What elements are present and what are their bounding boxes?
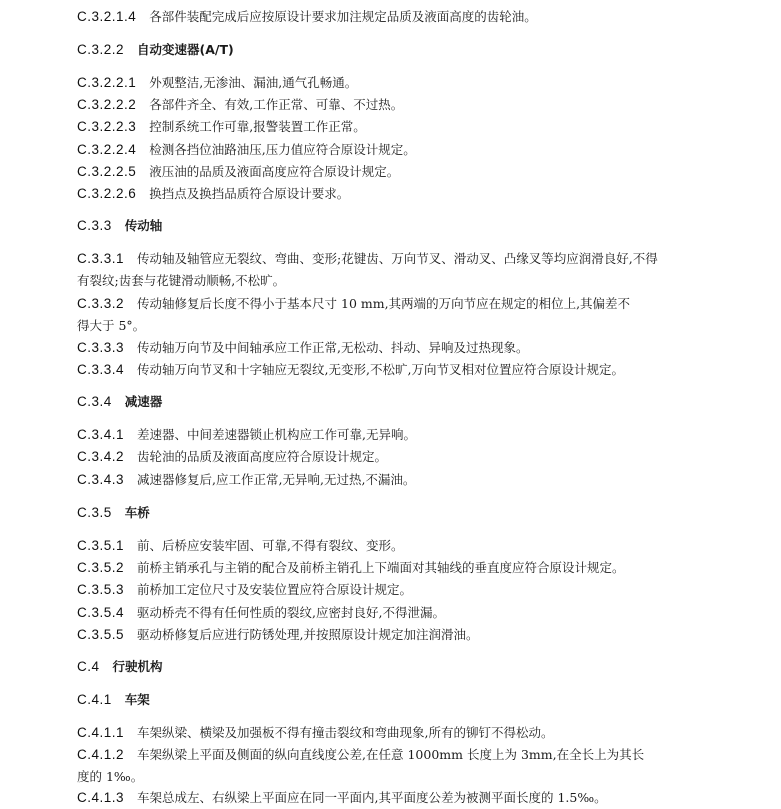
- clause-number: C.3.3.2: [77, 296, 124, 311]
- clause-c411: C.4.1.1车架纵梁、横梁及加强板不得有撞击裂纹和弯曲现象,所有的铆钉不得松动…: [77, 722, 763, 745]
- clause-text: 各部件齐全、有效,工作正常、可靠、不过热。: [149, 97, 403, 112]
- clause-text-continued: 有裂纹;齿套与花键滑动顺畅,不松旷。: [77, 273, 285, 288]
- clause-number: C.3.3.3: [77, 340, 124, 355]
- clause-number: C.3.2.1.4: [77, 9, 136, 24]
- clause-c412: C.4.1.2车架纵梁上平面及侧面的纵向直线度公差,在任意 1000mm 长度上…: [77, 744, 763, 767]
- clause-text: 差速器、中间差速器锁止机构应工作可靠,无异响。: [137, 427, 416, 442]
- clause-text: 液压油的品质及液面高度应符合原设计规定。: [149, 164, 399, 179]
- clause-text: 控制系统工作可靠,报警装置工作正常。: [149, 119, 365, 134]
- heading-text: 车桥: [125, 505, 150, 520]
- clause-text: 各部件装配完成后应按原设计要求加注规定品质及液面高度的齿轮油。: [149, 9, 537, 24]
- heading-text: 行驶机构: [113, 659, 163, 674]
- clause-text: 减速器修复后,应工作正常,无异响,无过热,不漏油。: [137, 472, 415, 487]
- clause-c331-continued: 有裂纹;齿套与花键滑动顺畅,不松旷。: [77, 270, 763, 293]
- heading-text: 传动轴: [125, 218, 163, 233]
- clause-number: C.3.2.2.6: [77, 186, 136, 201]
- clause-number: C.3.2.2.5: [77, 164, 136, 179]
- heading-text: 减速器: [125, 394, 163, 409]
- clause-c334: C.3.3.4传动轴万向节叉和十字轴应无裂纹,无变形,不松旷,万向节叉相对位置应…: [77, 359, 763, 382]
- clause-number: C.3.2.2.2: [77, 97, 136, 112]
- clause-c3221: C.3.2.2.1外观整洁,无渗油、漏油,通气孔畅通。: [77, 72, 763, 95]
- clause-c3225: C.3.2.2.5液压油的品质及液面高度应符合原设计规定。: [77, 161, 763, 184]
- clause-c354: C.3.5.4驱动桥壳不得有任何性质的裂纹,应密封良好,不得泄漏。: [77, 602, 763, 625]
- heading-text: 自动变速器(A/T): [137, 42, 234, 57]
- heading-c4: C.4行驶机构: [77, 656, 763, 679]
- clause-text: 传动轴万向节叉和十字轴应无裂纹,无变形,不松旷,万向节叉相对位置应符合原设计规定…: [137, 362, 624, 377]
- clause-number: C.3.5.2: [77, 560, 124, 575]
- heading-number: C.4.1: [77, 692, 112, 707]
- clause-number: C.3.4.3: [77, 472, 124, 487]
- clause-text: 驱动桥修复后应进行防锈处理,并按照原设计规定加注润滑油。: [137, 627, 478, 642]
- clause-text: 车架纵梁上平面及侧面的纵向直线度公差,在任意 1000mm 长度上为 3mm,在…: [137, 747, 644, 762]
- heading-c33: C.3.3传动轴: [77, 215, 763, 238]
- clause-text: 前、后桥应安装牢固、可靠,不得有裂纹、变形。: [137, 538, 403, 553]
- clause-text: 传动轴修复后长度不得小于基本尺寸 10 mm,其两端的万向节应在规定的相位上,其…: [137, 296, 630, 311]
- clause-number: C.3.2.2.1: [77, 75, 136, 90]
- clause-number: C.4.1.2: [77, 747, 124, 762]
- clause-text: 传动轴及轴管应无裂纹、弯曲、变形;花键齿、万向节叉、滑动叉、凸缘叉等均应润滑良好…: [137, 251, 658, 266]
- clause-c413: C.4.1.3车架总成左、右纵梁上平面应在同一平面内,其平面度公差为被测平面长度…: [77, 787, 763, 809]
- clause-c3223: C.3.2.2.3控制系统工作可靠,报警装置工作正常。: [77, 116, 763, 139]
- clause-number: C.3.5.5: [77, 627, 124, 642]
- clause-c352: C.3.5.2前桥主销承孔与主销的配合及前桥主销孔上下端面对其轴线的垂直度应符合…: [77, 557, 763, 580]
- clause-c353: C.3.5.3前桥加工定位尺寸及安装位置应符合原设计规定。: [77, 579, 763, 602]
- clause-text: 前桥主销承孔与主销的配合及前桥主销孔上下端面对其轴线的垂直度应符合原设计规定。: [137, 560, 625, 575]
- clause-number: C.3.2.2.4: [77, 142, 136, 157]
- heading-c41: C.4.1车架: [77, 689, 763, 712]
- heading-text: 车架: [125, 692, 150, 707]
- clause-text: 前桥加工定位尺寸及安装位置应符合原设计规定。: [137, 582, 412, 597]
- clause-number: C.4.1.1: [77, 725, 124, 740]
- heading-number: C.3.4: [77, 394, 112, 409]
- clause-text: 驱动桥壳不得有任何性质的裂纹,应密封良好,不得泄漏。: [137, 605, 445, 620]
- heading-c34: C.3.4减速器: [77, 391, 763, 414]
- clause-c333: C.3.3.3传动轴万向节及中间轴承应工作正常,无松动、抖动、异响及过热现象。: [77, 337, 763, 360]
- clause-number: C.3.4.1: [77, 427, 124, 442]
- clause-text: 传动轴万向节及中间轴承应工作正常,无松动、抖动、异响及过热现象。: [137, 340, 528, 355]
- clause-text: 齿轮油的品质及液面高度应符合原设计规定。: [137, 449, 387, 464]
- clause-text: 车架纵梁、横梁及加强板不得有撞击裂纹和弯曲现象,所有的铆钉不得松动。: [137, 725, 553, 740]
- clause-text: 外观整洁,无渗油、漏油,通气孔畅通。: [149, 75, 357, 90]
- clause-c332-continued: 得大于 5°。: [77, 315, 763, 338]
- clause-number: C.3.3.1: [77, 251, 124, 266]
- clause-c351: C.3.5.1前、后桥应安装牢固、可靠,不得有裂纹、变形。: [77, 535, 763, 558]
- clause-c3214: C.3.2.1.4各部件装配完成后应按原设计要求加注规定品质及液面高度的齿轮油。: [77, 6, 763, 29]
- clause-c332: C.3.3.2传动轴修复后长度不得小于基本尺寸 10 mm,其两端的万向节应在规…: [77, 293, 763, 316]
- clause-number: C.3.5.3: [77, 582, 124, 597]
- clause-text: 检测各挡位油路油压,压力值应符合原设计规定。: [149, 142, 415, 157]
- clause-c3222: C.3.2.2.2各部件齐全、有效,工作正常、可靠、不过热。: [77, 94, 763, 117]
- heading-number: C.3.3: [77, 218, 112, 233]
- clause-number: C.3.5.1: [77, 538, 124, 553]
- heading-c35: C.3.5车桥: [77, 502, 763, 525]
- clause-number: C.3.3.4: [77, 362, 124, 377]
- clause-text-continued: 度的 1‰。: [77, 769, 143, 784]
- clause-c342: C.3.4.2齿轮油的品质及液面高度应符合原设计规定。: [77, 446, 763, 469]
- clause-text: 车架总成左、右纵梁上平面应在同一平面内,其平面度公差为被测平面长度的 1.5‰。: [137, 790, 607, 805]
- heading-number: C.3.2.2: [77, 42, 124, 57]
- clause-c3226: C.3.2.2.6换挡点及换挡品质符合原设计要求。: [77, 183, 763, 206]
- heading-c322: C.3.2.2自动变速器(A/T): [77, 39, 763, 62]
- clause-c355: C.3.5.5驱动桥修复后应进行防锈处理,并按照原设计规定加注润滑油。: [77, 624, 763, 647]
- clause-c412-continued: 度的 1‰。: [77, 766, 763, 789]
- clause-number: C.3.2.2.3: [77, 119, 136, 134]
- clause-c343: C.3.4.3减速器修复后,应工作正常,无异响,无过热,不漏油。: [77, 469, 763, 492]
- clause-number: C.3.5.4: [77, 605, 124, 620]
- clause-c341: C.3.4.1差速器、中间差速器锁止机构应工作可靠,无异响。: [77, 424, 763, 447]
- heading-number: C.3.5: [77, 505, 112, 520]
- clause-c3224: C.3.2.2.4检测各挡位油路油压,压力值应符合原设计规定。: [77, 139, 763, 162]
- clause-number: C.4.1.3: [77, 790, 124, 805]
- clause-c331: C.3.3.1传动轴及轴管应无裂纹、弯曲、变形;花键齿、万向节叉、滑动叉、凸缘叉…: [77, 248, 763, 271]
- clause-text-continued: 得大于 5°。: [77, 318, 145, 333]
- heading-number: C.4: [77, 659, 100, 674]
- clause-number: C.3.4.2: [77, 449, 124, 464]
- clause-text: 换挡点及换挡品质符合原设计要求。: [149, 186, 349, 201]
